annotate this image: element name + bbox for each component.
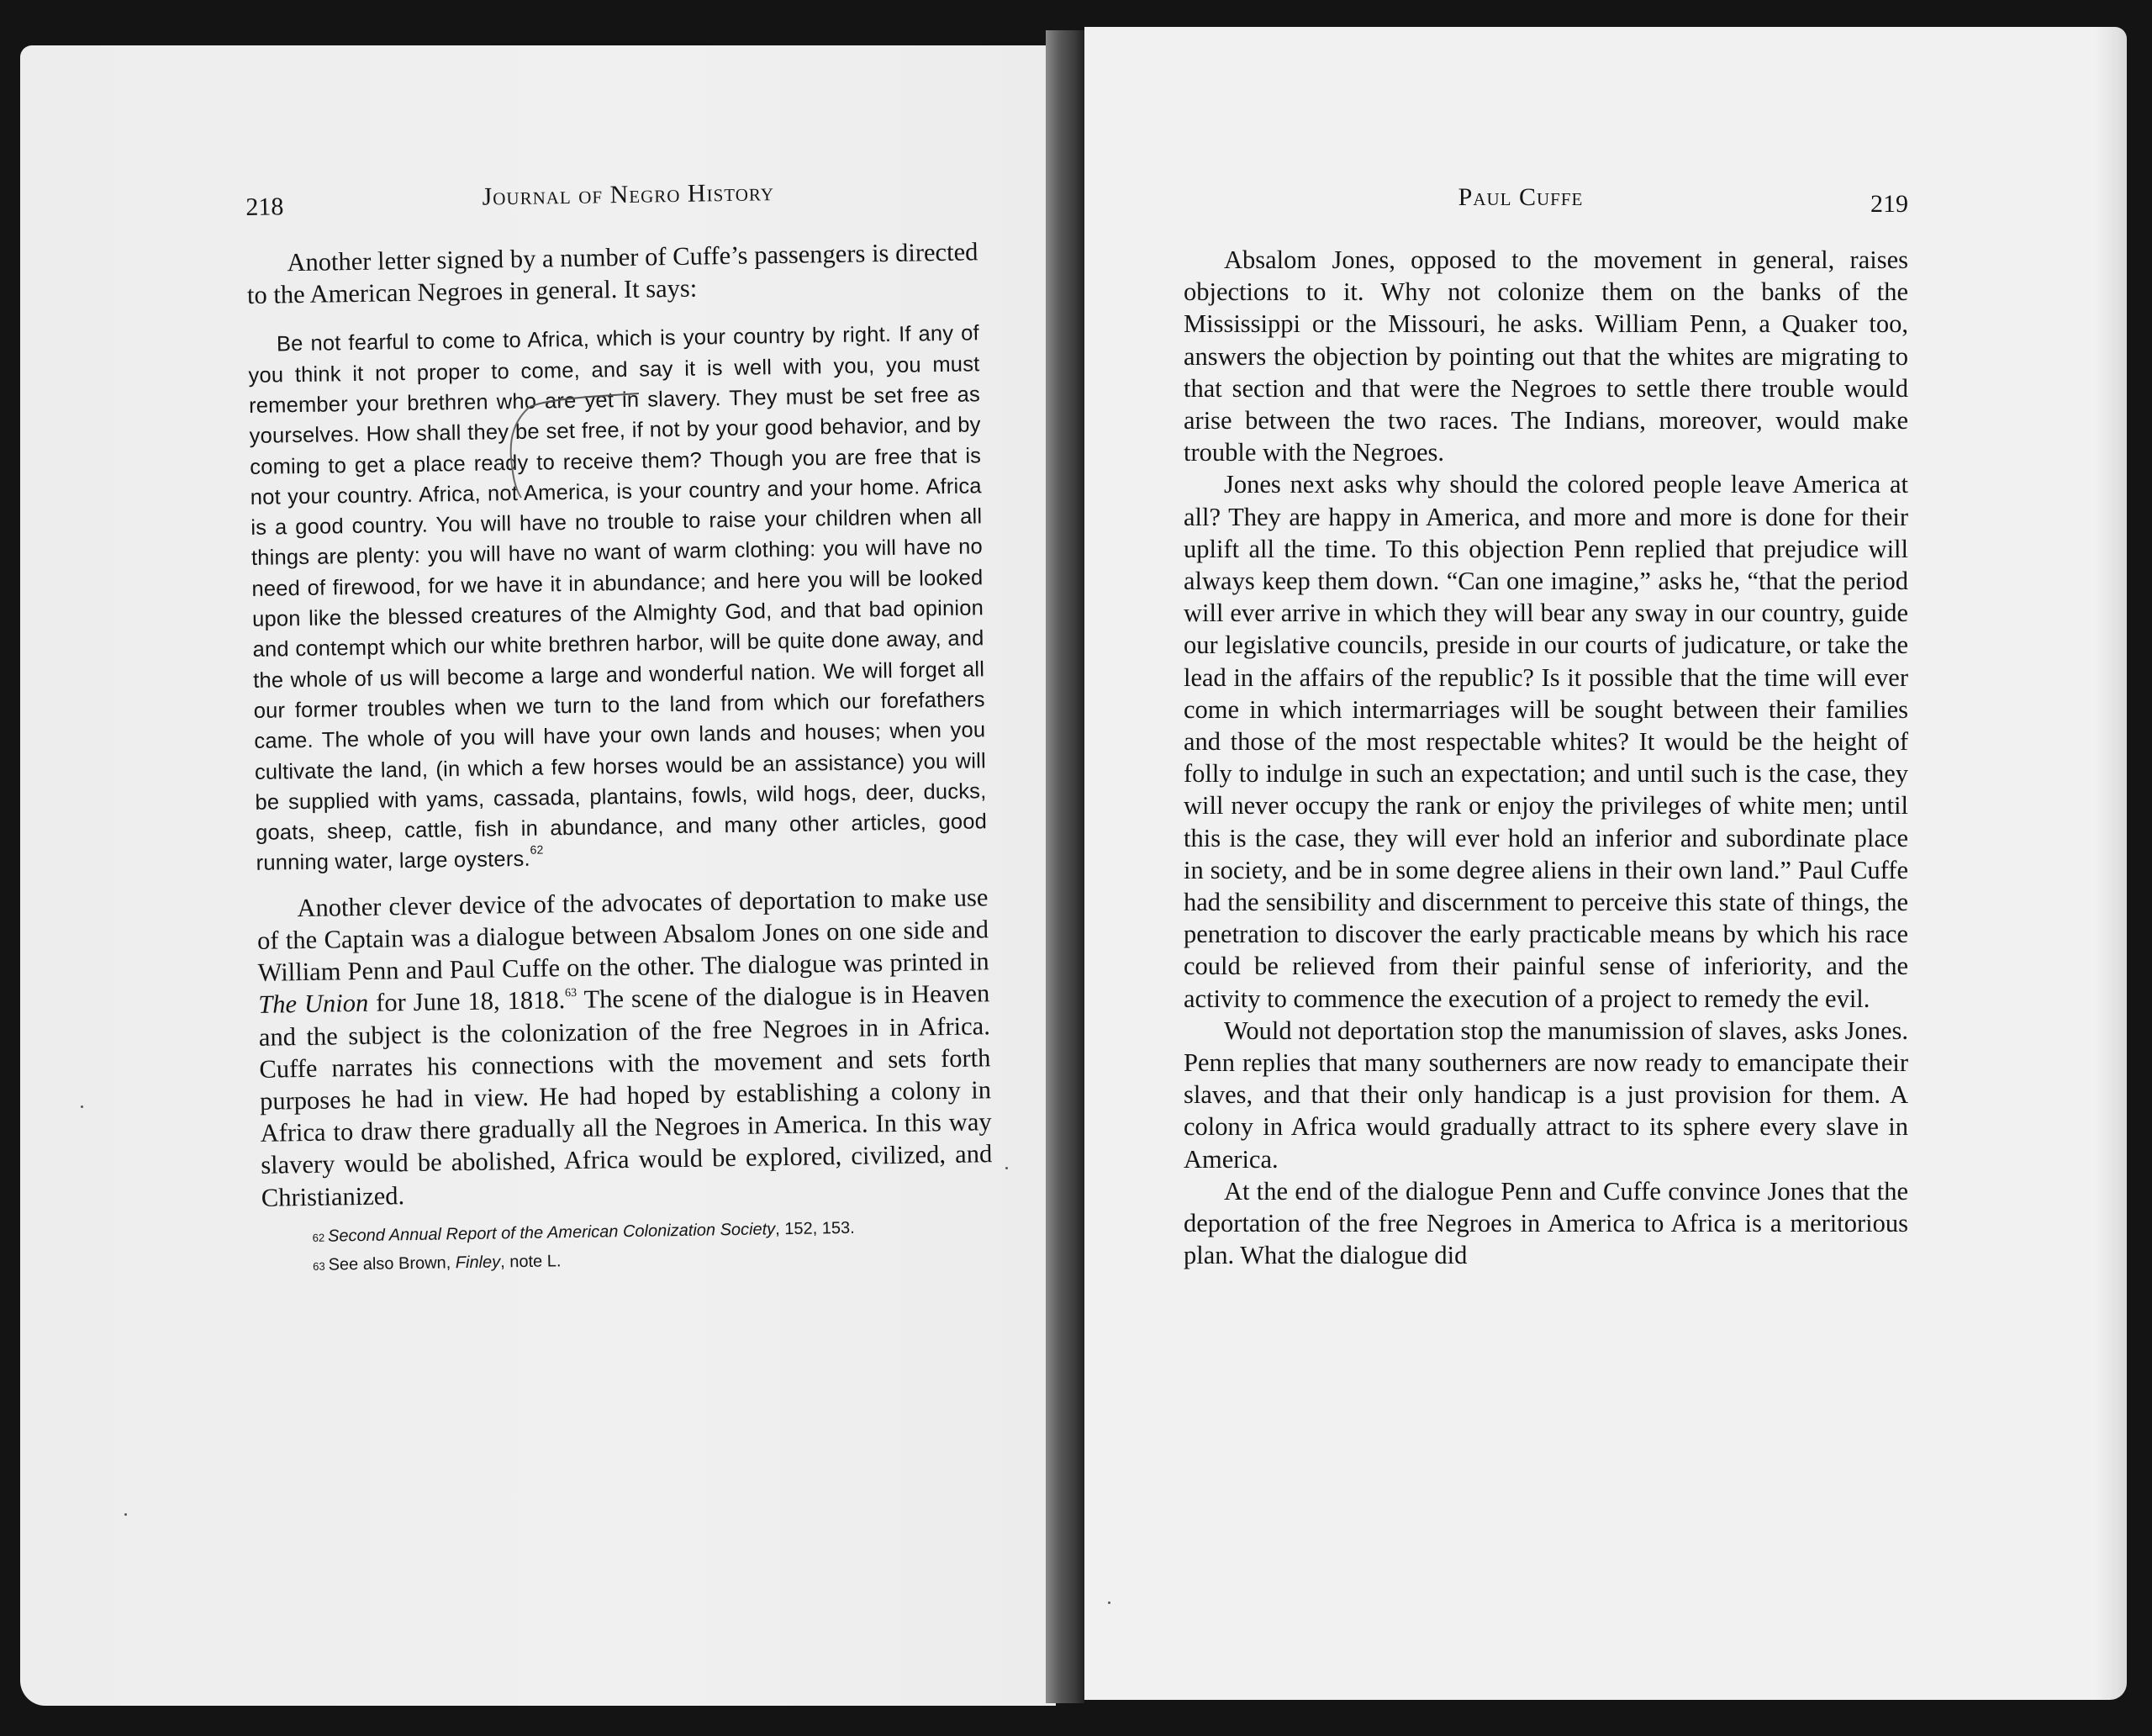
paragraph-text: Another clever device of the advocates o… bbox=[257, 883, 989, 987]
publication-title: The Union bbox=[258, 989, 368, 1019]
footnote-ref-63[interactable]: 63 bbox=[565, 987, 577, 1000]
footnote-number: 62 bbox=[313, 1231, 325, 1243]
footnotes: 62Second Annual Report of the American C… bbox=[261, 1212, 994, 1281]
paragraph-manumission: Would not deportation stop the manumissi… bbox=[1184, 1015, 1908, 1175]
footnote-pages: , 152, 153. bbox=[775, 1219, 855, 1238]
right-page-content: Paul Cuffe 219 Absalom Jones, opposed to… bbox=[1184, 183, 1908, 1272]
dust-speck bbox=[81, 1105, 83, 1108]
footnote-text: See also Brown, bbox=[328, 1253, 456, 1274]
block-quote-text: Be not fearful to come to Africa, which … bbox=[248, 322, 987, 876]
block-quote-letter: Be not fearful to come to Africa, which … bbox=[248, 319, 988, 879]
paragraph-intro: Another letter signed by a number of Cuf… bbox=[246, 235, 978, 311]
paragraph-dialogue: Another clever device of the advocates o… bbox=[256, 881, 993, 1214]
left-page-content: 218 Journal of Negro History Another let… bbox=[245, 175, 994, 1280]
footnote-source-title: Finley bbox=[456, 1253, 501, 1272]
dust-speck bbox=[124, 1513, 127, 1516]
paragraph-penn-reply: Jones next asks why should the colored p… bbox=[1184, 468, 1908, 1014]
book-gutter bbox=[1046, 30, 1084, 1703]
page-number: 219 bbox=[1870, 190, 1908, 219]
paragraph-text: for June 18, 1818. bbox=[368, 986, 566, 1018]
paragraph-conclusion: At the end of the dialogue Penn and Cuff… bbox=[1184, 1175, 1908, 1272]
footnote-ref-62[interactable]: 62 bbox=[530, 843, 543, 857]
running-head-title: Paul Cuffe bbox=[1184, 183, 1858, 212]
footnote-text: , note L. bbox=[500, 1252, 562, 1271]
footnote-number: 63 bbox=[313, 1259, 325, 1272]
dust-speck bbox=[1108, 1601, 1110, 1604]
running-head-right: Paul Cuffe 219 bbox=[1184, 183, 1908, 222]
footnote-source-title: Second Annual Report of the American Col… bbox=[328, 1220, 775, 1245]
paragraph-jones-objection: Absalom Jones, opposed to the movement i… bbox=[1184, 244, 1908, 468]
page-number: 218 bbox=[245, 193, 284, 222]
dust-speck bbox=[1005, 1167, 1008, 1169]
